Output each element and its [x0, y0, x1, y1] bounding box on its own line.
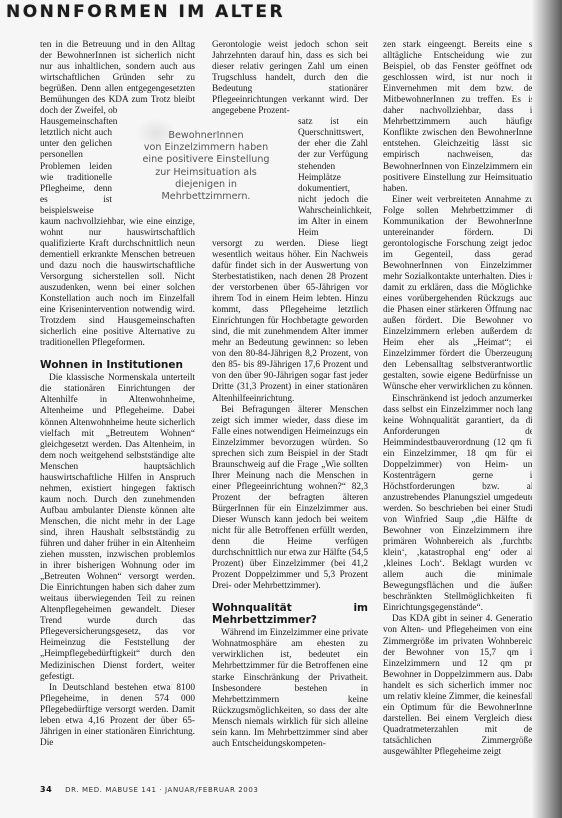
paragraph: Einer weit verbreiteten Annahme zur Folg…	[383, 195, 537, 394]
paragraph: zen stark eingeengt. Bereits eine so all…	[383, 40, 537, 195]
paragraph: Das KDA gibt in seiner 4. Generation von…	[383, 614, 537, 758]
paragraph: versorgt zu werden. Diese liegt wesentli…	[212, 239, 368, 405]
column-2: Gerontologie weist jedoch schon seit Jah…	[212, 40, 368, 750]
paragraph: Während im Einzelzimmer eine private Woh…	[212, 628, 368, 750]
paragraph-narrow: satz ist ein Querschnittswert, der eher …	[298, 117, 368, 239]
page-number: 34	[40, 785, 52, 794]
paragraph: kaum nachvollziehbar, wie eine einzige, …	[40, 217, 195, 350]
paragraph: Bei Befragungen älterer Menschen zeigt s…	[212, 405, 368, 593]
subheading: Wohnqualität im Mehrbettzimmer?	[212, 602, 368, 626]
paragraph: Gerontologie weist jedoch schon seit Jah…	[212, 40, 368, 117]
paragraph-narrow: Hausgemeinschaften letztlich nicht auch …	[40, 117, 112, 216]
magazine-page: NONNFORMEN IM ALTER ten in die Betreuung…	[0, 0, 562, 818]
paragraph: Einschränkend ist jedoch anzumerken, das…	[383, 394, 537, 615]
paragraph: In Deutschland bestehen etwa 8100 Pflege…	[40, 683, 195, 749]
paragraph: ten in die Betreuung und in den Alltag d…	[40, 40, 195, 117]
publication-line: DR. MED. MABUSE 141 · JANUAR/FEBRUAR 200…	[65, 786, 258, 794]
book-spine-shadow	[532, 0, 562, 818]
page-footer: 34 DR. MED. MABUSE 141 · JANUAR/FEBRUAR …	[40, 785, 258, 794]
paragraph: Die klassische Normenskala unterteilt di…	[40, 373, 195, 682]
column-3: zen stark eingeengt. Bereits eine so all…	[383, 40, 537, 758]
section-header: NONNFORMEN IM ALTER	[6, 2, 285, 24]
subheading: Wohnen in Institutionen	[40, 359, 195, 371]
